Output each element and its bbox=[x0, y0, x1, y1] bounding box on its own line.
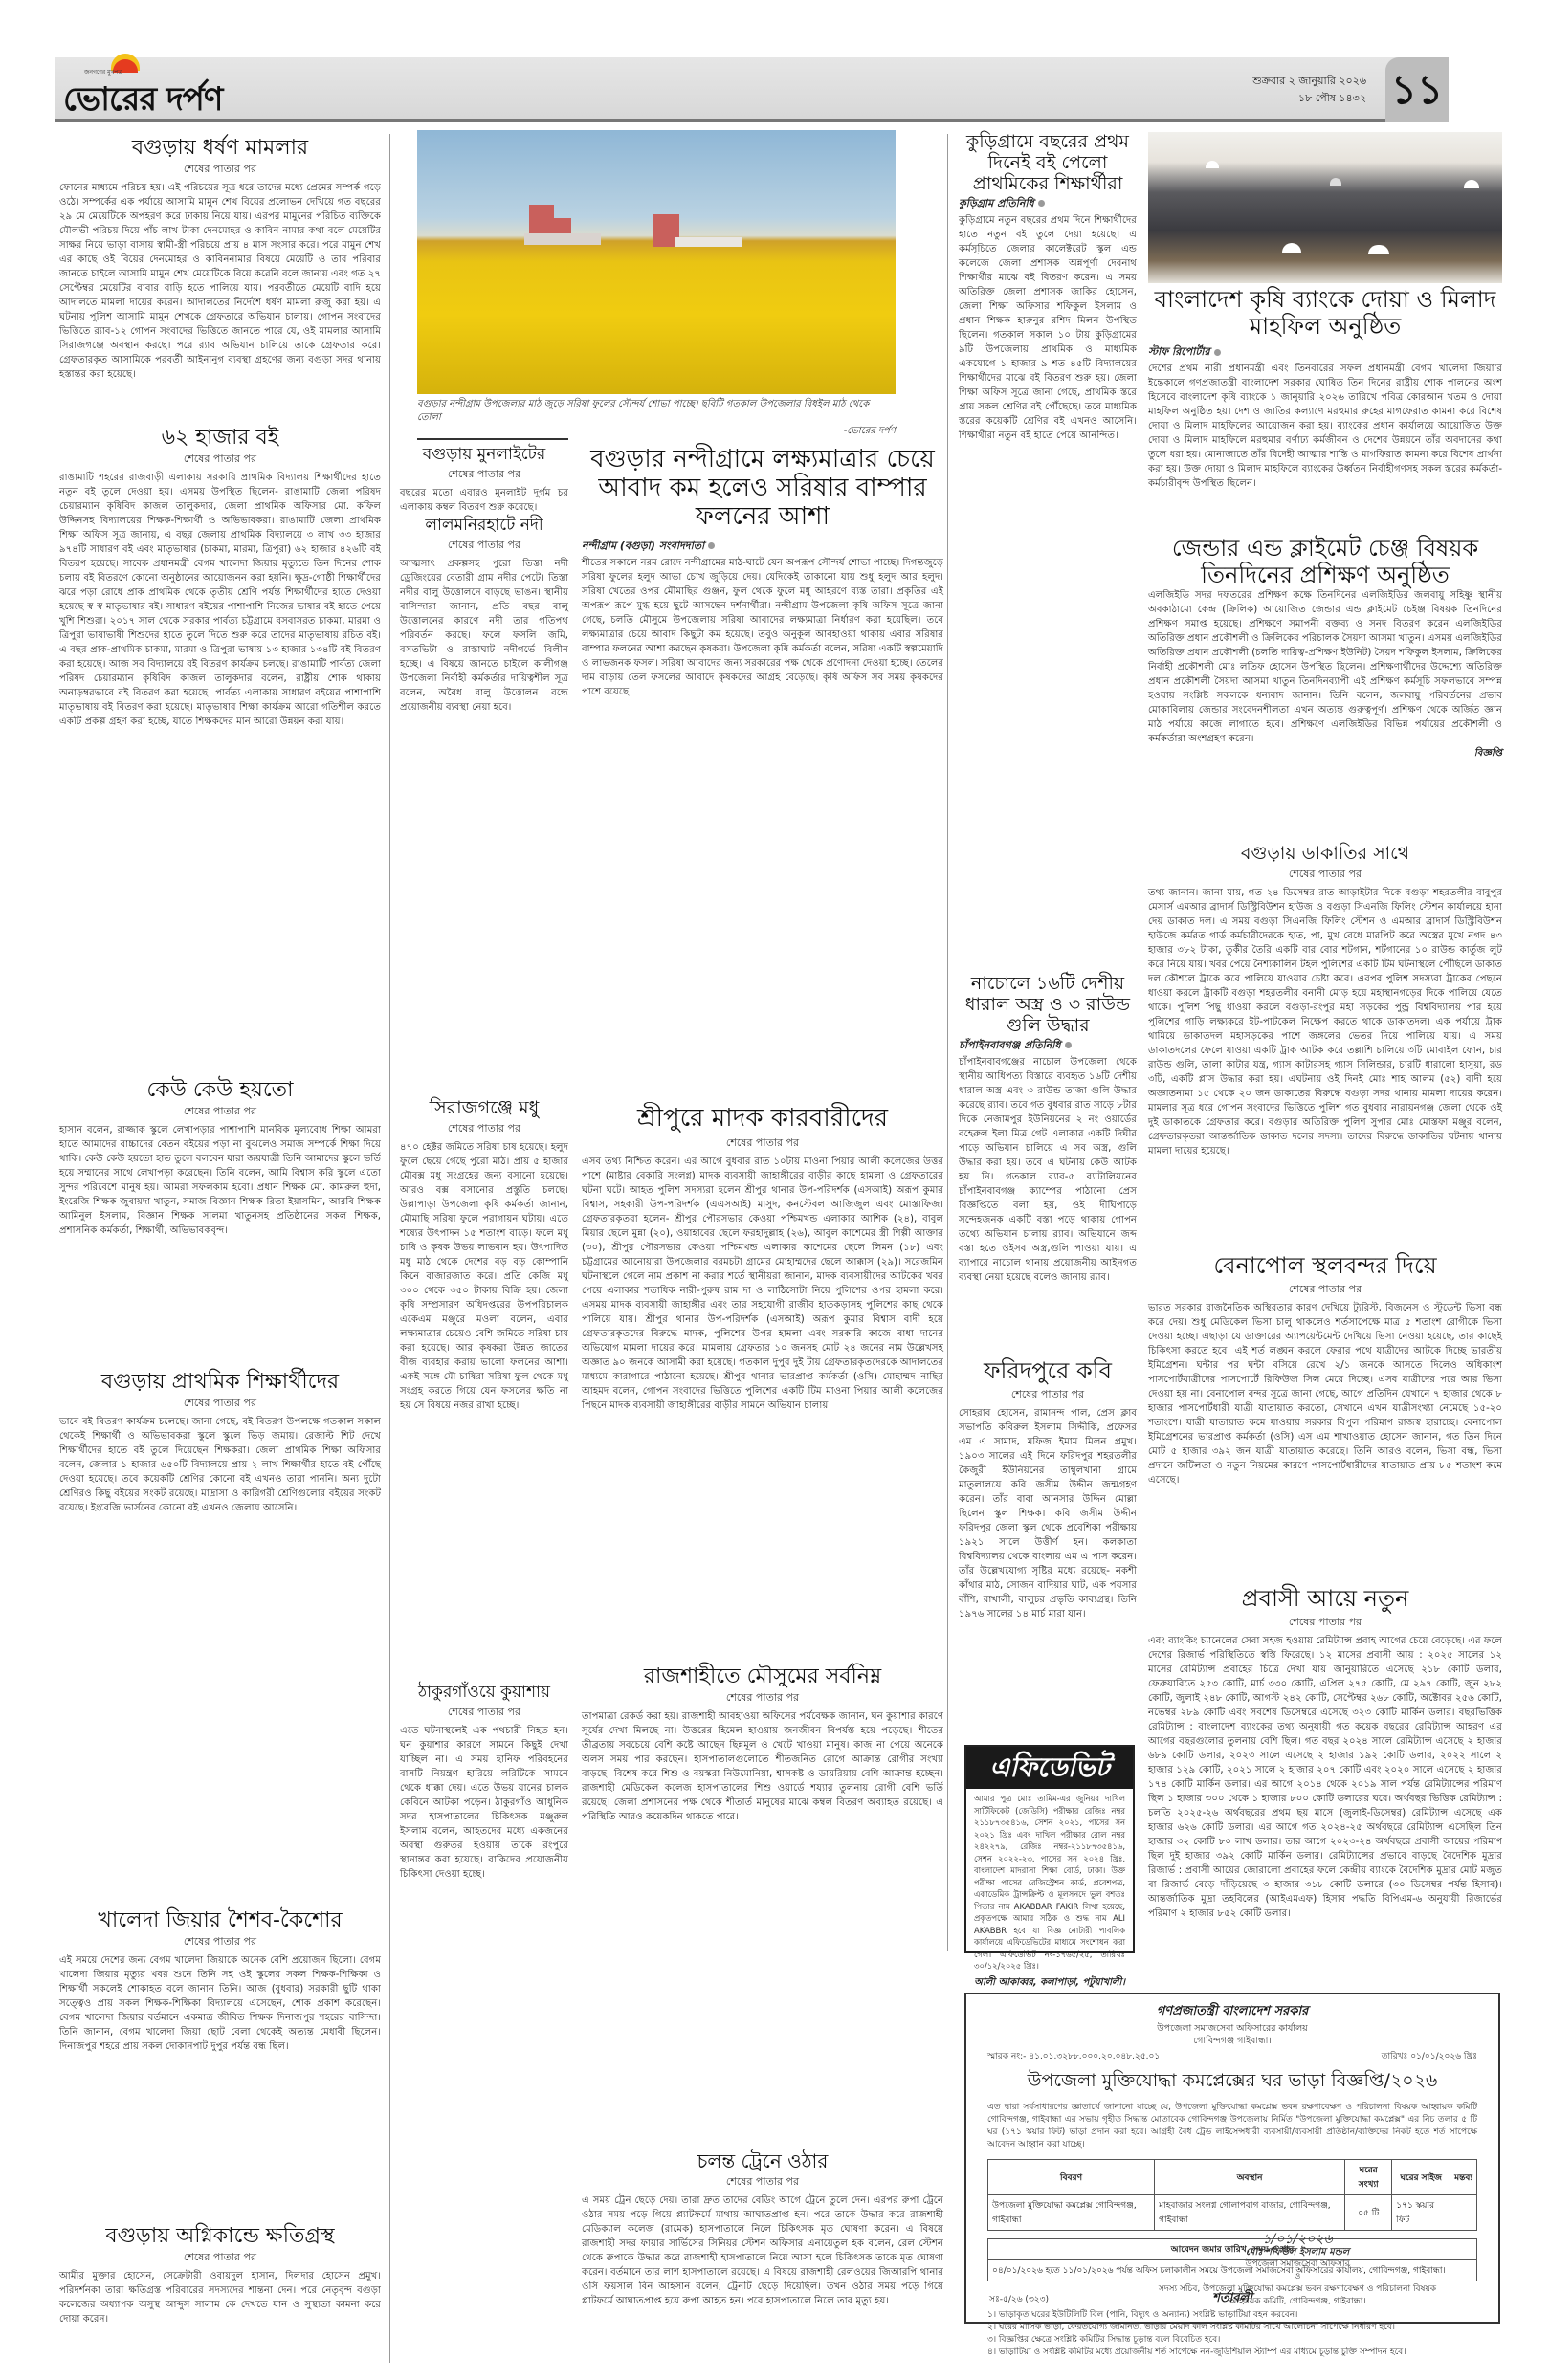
headline[interactable]: বাংলাদেশ কৃষি ব্যাংকে দোয়া ও মিলাদ মাহফ… bbox=[1148, 287, 1502, 340]
article-probashi-aay: প্রবাসী আয়ে নতুন শেষের পাতার পর এবং ব্য… bbox=[1148, 1586, 1502, 1921]
notice-office: উপজেলা সমাজসেবা অফিসারের কার্যালয় bbox=[987, 2022, 1477, 2035]
notice-date: তারিখঃ ০১/০১/২০২৬ খ্রিঃ bbox=[1382, 2049, 1477, 2063]
article-keu-keu-hoyto: কেউ কেউ হয়তো শেষের পাতার পর হাসান বলেন,… bbox=[59, 1078, 381, 1238]
article-body: এই সময়ে দেশের জন্য বেগম খালেদা জিয়াকে … bbox=[59, 1953, 381, 2054]
article-body: শীতের সকালে নরম রোদে নন্দীগ্রামের মাঠ-ঘা… bbox=[582, 556, 943, 699]
masthead: জনগণের মুখপত্র ভোরের দর্পণ শুক্রবার ২ জা… bbox=[55, 57, 1449, 122]
article-body: ভাবে বই বিতরণ কার্যক্রম চলেছে। জানা গেছে… bbox=[59, 1415, 381, 1515]
article-faridpur-kobi: ফরিদপুরে কবি শেষের পাতার পর সোহরাব হোসেন… bbox=[959, 1358, 1137, 1621]
article-rajshahi-mousume: রাজশাহীতে মৌসুমের সর্বনিম্ন শেষের পাতার … bbox=[582, 1664, 943, 1824]
bullet-icon bbox=[708, 542, 715, 549]
headline[interactable]: ফরিদপুরে কবি bbox=[959, 1358, 1137, 1385]
continued-label: শেষের পাতার পর bbox=[59, 2249, 381, 2267]
article-lalmonirhat-nodi: লালমনিরহাটে নদী শেষের পাতার পর আত্মসাৎ প… bbox=[400, 517, 568, 715]
article-bogura-moonlight: বগুড়ায় মুনলাইটের শেষের পাতার পর বছরের … bbox=[400, 446, 568, 515]
headline[interactable]: বগুড়ায় অগ্নিকান্ডে ক্ষতিগ্রস্থ bbox=[59, 2224, 381, 2248]
bullet-icon bbox=[1038, 200, 1045, 207]
continued-label: শেষের পাতার পর bbox=[59, 1103, 381, 1121]
byline: চাঁপাইনবাবগঞ্জ প্রতিনিধি bbox=[959, 1037, 1137, 1055]
column-divider bbox=[947, 134, 948, 1951]
article-boi-62-hajar: ৬২ হাজার বই শেষের পাতার পর রাঙামাটি শহরে… bbox=[59, 426, 381, 729]
continued-label: শেষের পাতার পর bbox=[59, 1933, 381, 1951]
article-bogura-dakati: বগুড়ায় ডাকাতির সাথে শেষের পাতার পর তথ্… bbox=[1148, 844, 1502, 1158]
signature-block: ১/০১/২০২৬ মোঃ শফিউল ইসলাম মন্ডল উপজেলা স… bbox=[1154, 2234, 1441, 2308]
affidavit-heading: এফিডেভিট bbox=[966, 1747, 1133, 1789]
table-header: ঘরের সাইজ bbox=[1392, 2160, 1450, 2195]
headline[interactable]: বগুড়ার নন্দীগ্রামে লক্ষ্যমাত্রার চেয়ে … bbox=[582, 446, 943, 532]
notice-ref: স্মারক নং:- ৪১.০১.৩২৮৮.০০০.২০.০৪৮.২৫.০১ bbox=[987, 2049, 1160, 2063]
signer-and: ও bbox=[1154, 2271, 1441, 2283]
term-item: ১। ভাড়াকৃত ঘরের ইউটিলিটি বিল (পানি, বিদ… bbox=[987, 2309, 1477, 2322]
continued-label: শেষের পাতার পর bbox=[1148, 866, 1502, 884]
article-gender-climate: জেন্ডার এন্ড ক্লাইমেট চেঞ্জ বিষয়ক তিনদি… bbox=[1148, 536, 1502, 762]
article-chalonto-train: চলন্ত ট্রেনে ওঠার শেষের পাতার পর এ সময় … bbox=[582, 2150, 943, 2308]
affidavit-signature: আলী আকাব্বর, কলাপাড়া, পটুয়াখালী। bbox=[966, 1975, 1133, 1992]
mustard-field-photo[interactable] bbox=[417, 130, 896, 394]
article-body: এলজিইডি সদর দফতরের প্রশিক্ষণ কক্ষে তিনদি… bbox=[1148, 588, 1502, 746]
milad-mahfil-photo[interactable] bbox=[1148, 132, 1502, 283]
continued-label: শেষের পাতার পর bbox=[59, 161, 381, 179]
headline[interactable]: জেন্ডার এন্ড ক্লাইমেট চেঞ্জ বিষয়ক তিনদি… bbox=[1148, 536, 1502, 588]
article-body: ভারত সরকার রাজনৈতিক অস্থিরতার কারণ দেখিয… bbox=[1148, 1301, 1502, 1487]
headline[interactable]: রাজশাহীতে মৌসুমের সর্বনিম্ন bbox=[582, 1664, 943, 1688]
article-thakurgaon-kuasha: ঠাকুরগাঁওয়ে কুয়াশায় শেষের পাতার পর এত… bbox=[400, 1684, 568, 1882]
date-bangla: ১৮ পৌষ ১৪৩২ bbox=[1298, 90, 1366, 108]
notice-title: উপজেলা মুক্তিযোদ্ধা কমপ্লেক্সের ঘর ভাড়া… bbox=[987, 2067, 1477, 2098]
article-benapole: বেনাপোল স্থলবন্দর দিয়ে শেষের পাতার পর ভ… bbox=[1148, 1253, 1502, 1487]
article-body: চাঁপাইনবাবগঞ্জের নাচোল উপজেলা থেকে স্থান… bbox=[959, 1055, 1137, 1285]
headline[interactable]: বগুড়ায় প্রাথমিক শিক্ষার্থীদের bbox=[59, 1370, 381, 1394]
article-body: তথ্য জানান। জানা যায়, গত ২৪ ডিসেম্বর রা… bbox=[1148, 886, 1502, 1158]
continued-label: শেষের পাতার পর bbox=[59, 451, 381, 469]
date-gregorian: শুক্রবার ২ জানুয়ারি ২০২৬ bbox=[1252, 73, 1366, 91]
affidavit-body: আমার পুত্র মোঃ তামিম-এর জুনিয়র দাখিল সা… bbox=[966, 1793, 1133, 1972]
notice-table: বিবরণ অবস্থান ঘরের সংখ্যা ঘরের সাইজ মন্ত… bbox=[987, 2159, 1477, 2231]
article-kurigram-boi: কুড়িগ্রামে বছরের প্রথম দিনেই বই পেলো প্… bbox=[959, 132, 1137, 443]
bullet-icon bbox=[1065, 1042, 1072, 1048]
article-body: আত্মসাৎ প্রকল্পসহ পুরো তিস্তা নদী ড্রেজি… bbox=[400, 557, 568, 715]
headline[interactable]: বেনাপোল স্থলবন্দর দিয়ে bbox=[1148, 1253, 1502, 1280]
table-cell: মাহবাজার সংলগ্ন গোলাপবাগ বাজার, গোবিন্দগ… bbox=[1155, 2195, 1345, 2231]
byline: নন্দীগ্রাম (বগুড়া) সংবাদদাতা bbox=[582, 538, 943, 556]
signer-title: উপজেলা সমাজসেবা অফিসার bbox=[1154, 2259, 1441, 2271]
article-body: তাপমাত্রা রেকর্ড করা হয়। রাজশাহী আবহাওয… bbox=[582, 1709, 943, 1824]
table-cell bbox=[1450, 2195, 1477, 2231]
headline[interactable]: সিরাজগঞ্জে মধু bbox=[400, 1098, 568, 1119]
table-cell: ১৭১ স্কয়ার ফিট bbox=[1392, 2195, 1450, 2231]
article-bogura-agnikando: বগুড়ায় অগ্নিকান্ডে ক্ষতিগ্রস্থ শেষের প… bbox=[59, 2224, 381, 2326]
table-header: বিবরণ bbox=[988, 2160, 1155, 2195]
headline[interactable]: খালেদা জিয়ার শৈশব-কৈশোর bbox=[59, 1908, 381, 1932]
article-body: এবং ব্যাংকিং চ্যানেলের সেবা সহজ হওয়ায় … bbox=[1148, 1634, 1502, 1921]
headline[interactable]: শ্রীপুরে মাদক কারবারীদের bbox=[582, 1105, 943, 1134]
article-body: আমীর মুক্তার হোসেন, সেক্রেটারী ওবায়দুল … bbox=[59, 2269, 381, 2326]
continued-label: শেষের পাতার পর bbox=[400, 1704, 568, 1722]
terms-list: ১। ভাড়াকৃত ঘরের ইউটিলিটি বিল (পানি, বিদ… bbox=[987, 2309, 1477, 2359]
newspaper-logo[interactable]: ভোরের দর্পণ bbox=[63, 75, 222, 129]
headline[interactable]: বগুড়ায় মুনলাইটের bbox=[400, 446, 568, 465]
continued-label: শেষের পাতার পর bbox=[582, 1689, 943, 1708]
continued-label: শেষের পাতার পর bbox=[400, 1120, 568, 1138]
photo-caption: বগুড়ার নন্দীগ্রাম উপজেলার মাঠ জুড়ে সরি… bbox=[417, 398, 896, 438]
headline[interactable]: কুড়িগ্রামে বছরের প্রথম দিনেই বই পেলো প্… bbox=[959, 132, 1137, 195]
notice-footer-ref: সঃ-৫/২৬ (৩২৩) bbox=[989, 2292, 1049, 2306]
article-body: বছরের মতো এবারও মুনলাইট দুর্গম চর এলাকায… bbox=[400, 486, 568, 515]
continued-label: শেষের পাতার পর bbox=[959, 1386, 1137, 1404]
article-bogura-prathomik: বগুড়ায় প্রাথমিক শিক্ষার্থীদের শেষের পা… bbox=[59, 1370, 381, 1515]
article-sirajganj-modhu: সিরাজগঞ্জে মধু শেষের পাতার পর ৪৭০ হেক্টর… bbox=[400, 1098, 568, 1413]
signer-role: সদস্য সচিব, উপজেলা মুক্তিযোদ্ধা কমপ্লেক্… bbox=[1154, 2283, 1441, 2308]
credit: বিজ্ঞপ্তি bbox=[1148, 746, 1502, 762]
term-item: ৩। বিজ্ঞপ্তির ক্ষেত্রে সংশ্লিষ্ট কমিটির … bbox=[987, 2334, 1477, 2347]
continued-label: শেষের পাতার পর bbox=[59, 1395, 381, 1413]
term-item: ৪। ভাড়াটিয়া ও সংশ্লিষ্ট কমিটির মধ্যে প… bbox=[987, 2347, 1477, 2359]
government-notice: গণপ্রজাতন্ত্রী বাংলাদেশ সরকার উপজেলা সমা… bbox=[964, 1993, 1500, 2324]
continued-label: শেষের পাতার পর bbox=[582, 2173, 943, 2192]
headline[interactable]: ৬২ হাজার বই bbox=[59, 426, 381, 450]
article-nachol-ostro: নাচোলে ১৬টি দেশীয় ধারাল অস্ত্র ও ৩ রাউন… bbox=[959, 974, 1137, 1285]
table-header-row: বিবরণ অবস্থান ঘরের সংখ্যা ঘরের সাইজ মন্ত… bbox=[988, 2160, 1477, 2195]
signature-mark: ১/০১/২০২৬ bbox=[1154, 2234, 1441, 2246]
divider bbox=[417, 438, 568, 440]
headline[interactable]: লালমনিরহাটে নদী bbox=[400, 517, 568, 536]
photo-credit: -ভোরের দর্পণ bbox=[417, 425, 896, 438]
article-body: এতে ঘটনাস্থলেই এক পথচারী নিহত হন। ঘন কুয… bbox=[400, 1724, 568, 1882]
term-item: ২। ঘরের মাসিক ভাড়া, ফেরতযোগ্য জামানত, ভ… bbox=[987, 2322, 1477, 2334]
affidavit-box: এফিডেভিট আমার পুত্র মোঃ তামিম-এর জুনিয়র… bbox=[964, 1745, 1135, 1953]
table-header: মন্তব্য bbox=[1450, 2160, 1477, 2195]
article-body: ৪৭০ হেক্টর জমিতে সরিষা চাষ হয়েছে। হলুদ … bbox=[400, 1140, 568, 1413]
article-body: দেশের প্রথম নারী প্রধানমন্ত্রী এবং তিনবা… bbox=[1148, 362, 1502, 491]
signer-name: মোঃ শফিউল ইসলাম মন্ডল bbox=[1154, 2246, 1441, 2259]
byline: স্টাফ রিপোর্টার bbox=[1148, 343, 1502, 362]
table-header: অবস্থান bbox=[1155, 2160, 1345, 2195]
table-row: উপজেলা মুক্তিযোদ্ধা কমপ্লেক্স গোবিন্দগঞ্… bbox=[988, 2195, 1477, 2231]
article-body: সোহরাব হোসেন, রামানন্দ পাল, প্রেস ক্লাব … bbox=[959, 1406, 1137, 1621]
table-cell: ০৫ টি bbox=[1345, 2195, 1392, 2231]
headline[interactable]: প্রবাসী আয়ে নতুন bbox=[1148, 1586, 1502, 1613]
article-krishi-bank: বাংলাদেশ কৃষি ব্যাংকে দোয়া ও মিলাদ মাহফ… bbox=[1148, 287, 1502, 491]
continued-label: শেষের পাতার পর bbox=[582, 1135, 943, 1153]
article-khaleda-shoishob: খালেদা জিয়ার শৈশব-কৈশোর শেষের পাতার পর … bbox=[59, 1908, 381, 2054]
headline[interactable]: বগুড়ায় ডাকাতির সাথে bbox=[1148, 844, 1502, 865]
article-body: হাসান বলেন, রাজ্জাক স্কুলে লেখাপড়ার পাশ… bbox=[59, 1123, 381, 1238]
headline[interactable]: কেউ কেউ হয়তো bbox=[59, 1078, 381, 1102]
headline[interactable]: নাচোলে ১৬টি দেশীয় ধারাল অস্ত্র ও ৩ রাউন… bbox=[959, 974, 1137, 1037]
article-body: ফোনের মাধ্যমে পরিচয় হয়। এই পরিচয়ের সূ… bbox=[59, 181, 381, 382]
headline[interactable]: বগুড়ায় ধর্ষণ মামলার bbox=[59, 136, 381, 160]
page-number: ১১ bbox=[1385, 57, 1449, 122]
table-header: ঘরের সংখ্যা bbox=[1345, 2160, 1392, 2195]
article-body: কুড়িগ্রামে নতুন বছরের প্রথম দিনে শিক্ষা… bbox=[959, 213, 1137, 443]
notice-location: গোবিন্দগঞ্জ গাইবান্ধা। bbox=[987, 2035, 1477, 2047]
notice-gov-heading: গণপ্রজাতন্ত্রী বাংলাদেশ সরকার bbox=[987, 2002, 1477, 2022]
continued-label: শেষের পাতার পর bbox=[400, 466, 568, 484]
notice-intro: এত দ্বারা সর্বসাধারণের জ্ঞাতার্থে জানানো… bbox=[987, 2102, 1477, 2151]
byline: কুড়িগ্রাম প্রতিনিধি bbox=[959, 195, 1137, 213]
headline[interactable]: ঠাকুরগাঁওয়ে কুয়াশায় bbox=[400, 1684, 568, 1703]
continued-label: শেষের পাতার পর bbox=[1148, 1614, 1502, 1632]
table-cell: উপজেলা মুক্তিযোদ্ধা কমপ্লেক্স গোবিন্দগঞ্… bbox=[988, 2195, 1155, 2231]
caption-text: বগুড়ার নন্দীগ্রাম উপজেলার মাঠ জুড়ে সরি… bbox=[417, 399, 869, 423]
notice-ref-row: স্মারক নং:- ৪১.০১.৩২৮৮.০০০.২০.০৪৮.২৫.০১ … bbox=[987, 2049, 1477, 2063]
article-body: এসব তথ্য নিশ্চিত করেন। এর আগে বুধবার রাত… bbox=[582, 1155, 943, 1413]
continued-label: শেষের পাতার পর bbox=[400, 537, 568, 555]
article-body: এ সময় ট্রেন ছেড়ে দেয়। তারা দ্রুত তাদে… bbox=[582, 2193, 943, 2308]
headline[interactable]: চলন্ত ট্রেনে ওঠার bbox=[582, 2150, 943, 2172]
article-bogura-dharshan: বগুড়ায় ধর্ষণ মামলার শেষের পাতার পর ফোন… bbox=[59, 136, 381, 382]
bullet-icon bbox=[1214, 349, 1221, 356]
article-sreepur-madok: শ্রীপুরে মাদক কারবারীদের শেষের পাতার পর … bbox=[582, 1105, 943, 1413]
article-body: রাঙামাটি শহরের রাজবাড়ী এলাকায় সরকারি প… bbox=[59, 471, 381, 729]
column-divider bbox=[389, 134, 390, 2363]
article-nandigram-sorisha: বগুড়ার নন্দীগ্রামে লক্ষ্যমাত্রার চেয়ে … bbox=[582, 446, 943, 699]
continued-label: শেষের পাতার পর bbox=[1148, 1281, 1502, 1299]
